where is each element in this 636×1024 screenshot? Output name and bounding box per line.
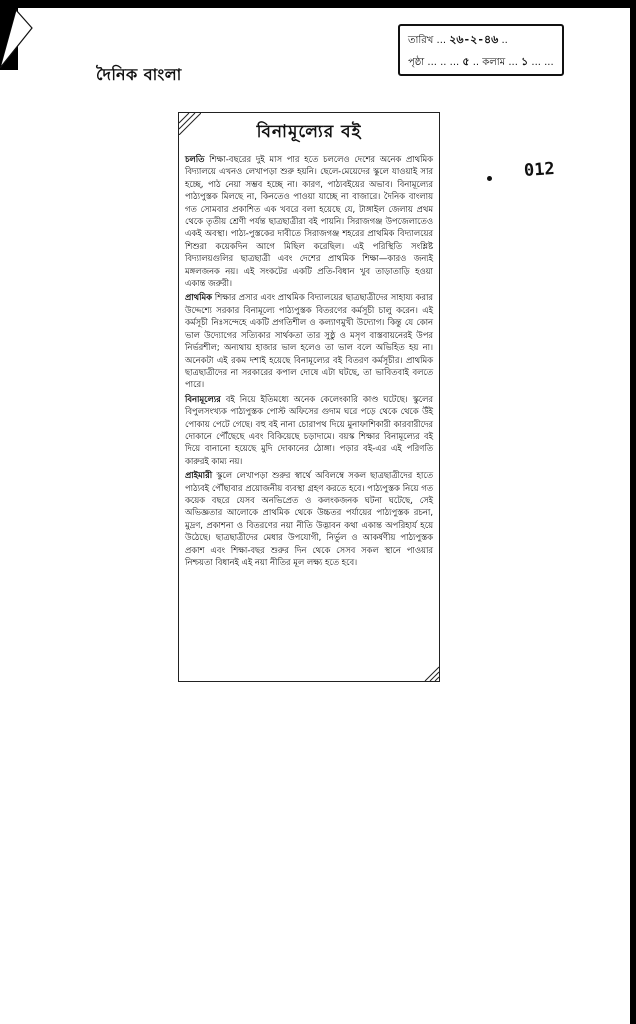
stamp-column-value: ১ bbox=[521, 55, 528, 68]
paragraph-text: স্কুলে লেখাপড়া শুরুর স্বার্থে অবিলম্বে … bbox=[185, 470, 433, 567]
article-paragraph: বিনামূল্যের বই নিয়ে ইতিমধ্যে অনেক কেলেং… bbox=[185, 393, 433, 467]
scan-border-top bbox=[0, 0, 636, 8]
stamp-date-row: তারিখ ... ২৬-২-৪৬ .. bbox=[408, 29, 554, 51]
stamp-page-label: পৃষ্ঠা bbox=[408, 57, 424, 68]
folded-corner-icon bbox=[0, 8, 34, 68]
paragraph-text: বই নিয়ে ইতিমধ্যে অনেক কেলেংকারি কাণ্ড ঘ… bbox=[185, 394, 433, 466]
paragraph-lead: বিনামূল্যের bbox=[185, 394, 221, 404]
corner-hatch-icon bbox=[179, 113, 201, 135]
page-number: 012 bbox=[523, 159, 555, 181]
article-clipping: বিনামূল্যের বই চলতি শিক্ষা-বছরের দুই মাস… bbox=[178, 112, 440, 682]
article-paragraph: চলতি শিক্ষা-বছরের দুই মাস পার হতে চললেও … bbox=[185, 153, 433, 289]
paragraph-text: শিক্ষার প্রসার এবং প্রাথমিক বিদ্যালয়ের … bbox=[185, 292, 433, 389]
paragraph-lead: প্রাথমিক bbox=[185, 292, 212, 302]
corner-hatch-icon bbox=[421, 663, 439, 681]
article-headline: বিনামূল্যের বই bbox=[185, 117, 433, 153]
ink-dot bbox=[487, 176, 492, 181]
stamp-page-row: পৃষ্ঠা ... .. ... ৫ .. কলাম ... ১ ... ..… bbox=[408, 51, 554, 73]
article-paragraph: প্রাথমিক শিক্ষার প্রসার এবং প্রাথমিক বিদ… bbox=[185, 291, 433, 390]
stamp-date-label: তারিখ bbox=[408, 35, 433, 46]
newspaper-name: দৈনিক বাংলা bbox=[96, 62, 182, 89]
stamp-column-label: কলাম bbox=[482, 57, 505, 68]
scan-border-right bbox=[630, 0, 636, 1024]
stamp-page-value: ৫ bbox=[462, 55, 469, 68]
stamp-date-value: ২৬-২-৪৬ bbox=[449, 33, 498, 46]
article-paragraph: প্রাইমারী স্কুলে লেখাপড়া শুরুর স্বার্থে… bbox=[185, 469, 433, 568]
paragraph-text: শিক্ষা-বছরের দুই মাস পার হতে চললেও দেশের… bbox=[185, 154, 433, 288]
paragraph-lead: প্রাইমারী bbox=[185, 470, 212, 480]
archive-stamp: তারিখ ... ২৬-২-৪৬ .. পৃষ্ঠা ... .. ... ৫… bbox=[398, 24, 564, 76]
paragraph-lead: চলতি bbox=[185, 154, 204, 164]
